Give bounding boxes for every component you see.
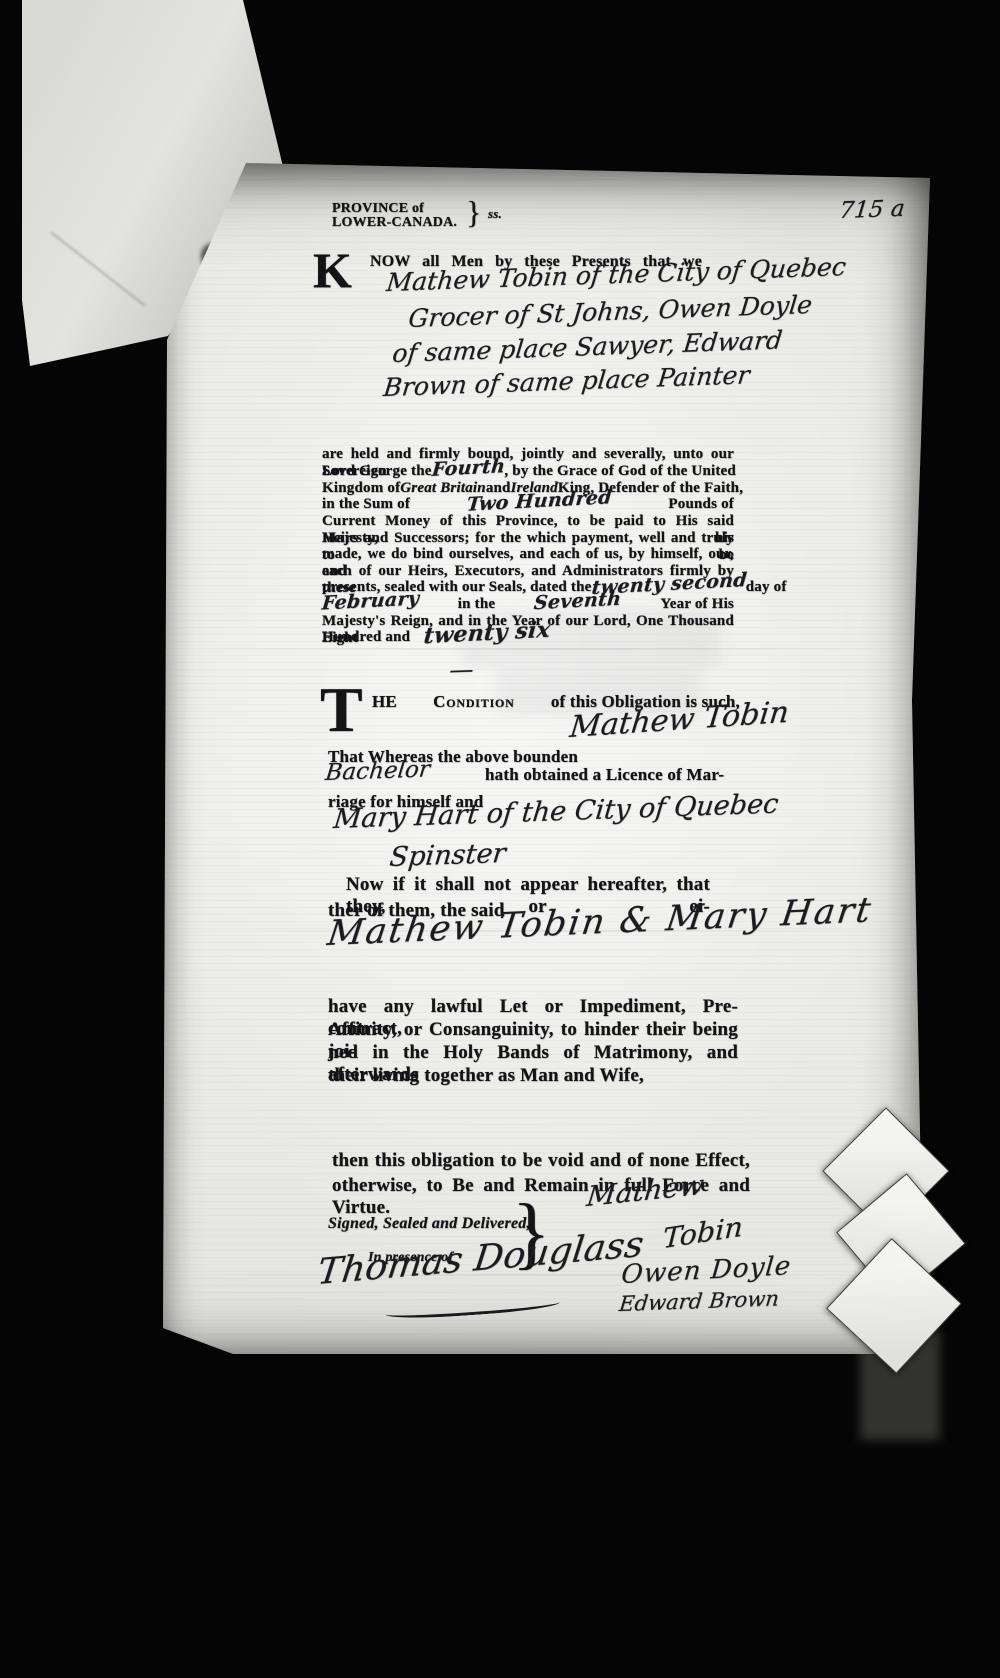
scilicet-abbr: ss.	[488, 206, 502, 222]
bond-text: Lord George the	[322, 463, 432, 480]
impediment-line: their living together as Man and Wife,	[328, 1065, 644, 1087]
bond-text: Kingdom of	[322, 480, 400, 497]
closing-line1: then this obligation to be void and of n…	[332, 1150, 750, 1172]
heading-text: HE	[372, 692, 397, 712]
bond-line: in the Sum of Two Hundred Pounds of	[322, 496, 734, 513]
dropcap-k: K	[313, 250, 352, 290]
bounden-parties-line: Brown of same place Painter	[382, 360, 751, 402]
bond-line: February in the Seventh Year of His	[322, 596, 734, 613]
groom-status-handwritten: Bachelor	[324, 756, 431, 786]
docket-number: 715 a	[838, 196, 906, 224]
bond-text: day of	[746, 579, 787, 596]
scanned-document-viewport: PROVINCE of LOWER-CANADA. } ss. 715 a K …	[0, 0, 1000, 1678]
caption-brace: }	[466, 194, 482, 231]
bride-status-handwritten: Spinster	[388, 838, 507, 873]
signed-sealed-line: Signed, Sealed and Delivered,	[328, 1215, 531, 1233]
fold-crease	[50, 231, 146, 306]
document-page: PROVINCE of LOWER-CANADA. } ss. 715 a K …	[160, 158, 935, 1360]
bond-year-handwritten: twenty six	[424, 626, 551, 641]
heading-condition-word: Condition	[433, 692, 515, 712]
province-caption: PROVINCE of LOWER-CANADA.	[332, 202, 457, 230]
licence-line1: hath obtained a Licence of Mar-	[485, 765, 724, 785]
bond-month-handwritten: February	[321, 595, 419, 608]
separator-dash: —	[448, 655, 475, 684]
bond-line: Hundred and twenty six	[322, 629, 602, 646]
bond-line: Lord George the Fourth , by the Grace of…	[322, 463, 734, 480]
bond-text: in the	[458, 596, 495, 613]
bond-text: Year of His	[660, 596, 734, 613]
dropcap-t: T	[320, 684, 363, 735]
province-line2: LOWER-CANADA.	[332, 216, 457, 230]
witness-signature: Thomas Douglass	[315, 1224, 646, 1293]
province-line1: PROVINCE of	[332, 202, 457, 216]
bond-text: , by the Grace of God of the United	[504, 463, 736, 480]
bond-text: in the Sum of	[322, 496, 410, 513]
bond-text: Pounds of	[668, 496, 734, 513]
regnal-year-handwritten: Seventh	[534, 596, 622, 608]
regnal-name-handwritten: Fourth	[431, 463, 505, 474]
bond-sum-handwritten: Two Hundred	[466, 494, 612, 509]
bond-text: Hundred and	[322, 629, 410, 646]
